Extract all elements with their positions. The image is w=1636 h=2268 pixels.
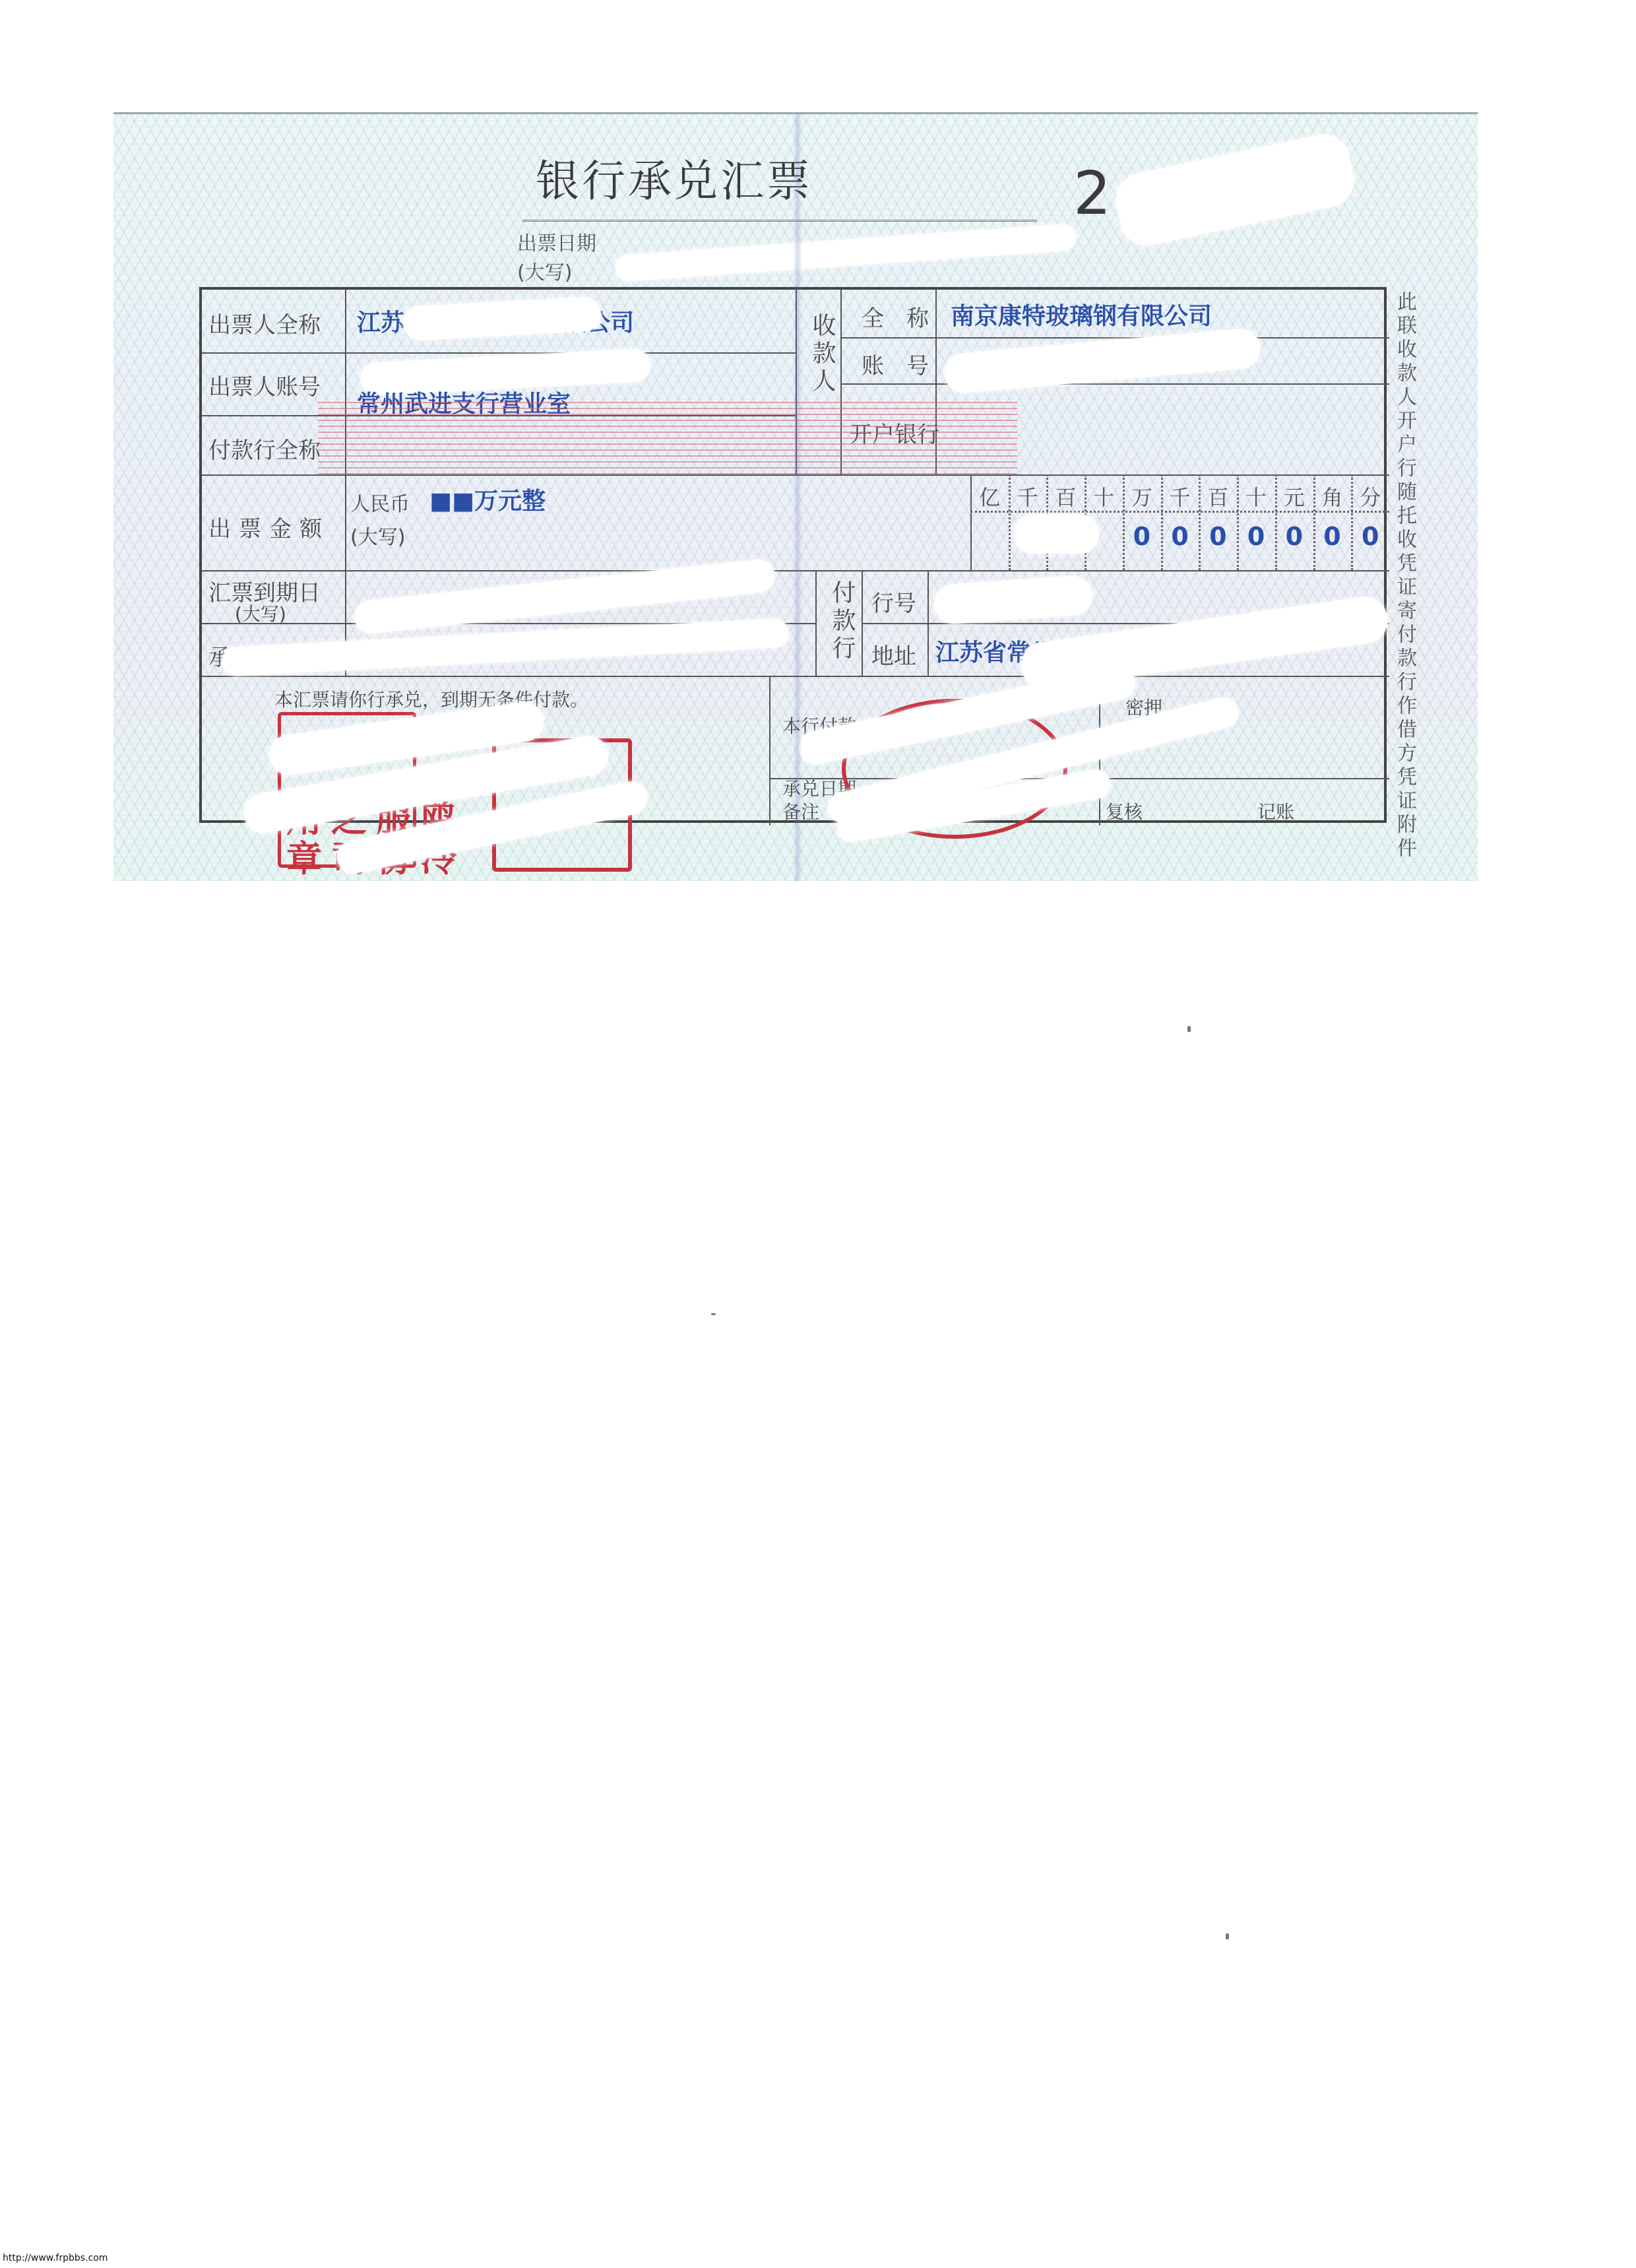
issue-date-sublabel: (大写) <box>517 259 596 288</box>
paying-bank-fullname-label: 付款行全称 <box>208 432 321 465</box>
digit-header: 亿 <box>970 481 1009 511</box>
digit-redaction <box>1013 514 1099 554</box>
scan-speck <box>1226 1933 1229 1939</box>
scan-speck <box>1187 1026 1191 1032</box>
maturity-sublabel: (大写) <box>235 600 286 626</box>
acceptance-statement: 本汇票请你行承兑，到期无条件付款。 <box>274 686 588 712</box>
scan-speck <box>711 1313 716 1315</box>
digit-header: 元 <box>1275 481 1313 511</box>
amount-label: 出票金额 <box>208 511 330 543</box>
digit-value: 0 <box>1199 522 1237 551</box>
drawer-name-label: 出票人全称 <box>208 307 321 339</box>
digit-header: 万 <box>1123 481 1161 511</box>
side-instruction-note: 此联收款人开户行随托收凭证寄付款行作借方凭证附件 <box>1390 291 1419 861</box>
digit-header: 百 <box>1046 481 1085 511</box>
issue-date-redaction <box>614 224 1077 282</box>
issue-date-label: 出票日期 (大写) <box>517 230 596 288</box>
digit-header: 角 <box>1313 481 1352 511</box>
bookkeeping-label: 记账 <box>1257 798 1294 824</box>
digit-divider <box>1275 474 1277 570</box>
digit-value: 0 <box>1237 522 1275 551</box>
digit-value: 0 <box>1275 522 1313 551</box>
amount-security-band <box>318 402 1017 474</box>
draft-form-table: 出票人全称 江苏■■■■■■有限公司 出票人账号 常州武进支行营业室 付款行全称… <box>199 287 1387 823</box>
bank-address-label: 地址 <box>871 638 916 670</box>
agreement-redaction <box>221 618 789 677</box>
payee-name-label: 全 称 <box>862 300 929 333</box>
review-label: 复核 <box>1106 798 1143 824</box>
digit-header: 百 <box>1199 481 1237 511</box>
digit-header: 分 <box>1351 481 1389 511</box>
payee-name-value: 南京康特玻璃钢有限公司 <box>951 298 1212 331</box>
amount-in-words: ■■万元整 <box>429 482 546 516</box>
draft-serial-number: 2 <box>1073 159 1111 228</box>
digit-value: 0 <box>1161 522 1199 551</box>
digit-divider <box>1313 474 1315 570</box>
digit-value: 0 <box>1123 522 1161 551</box>
payee-group-label: 收款人 <box>805 313 839 396</box>
bank-acceptance-draft: 银行承兑汇票 2 出票日期 (大写) 出票人全称 <box>113 112 1478 881</box>
digit-divider <box>1351 474 1353 570</box>
paying-bank-group-label: 付款行 <box>825 580 859 663</box>
digit-header: 千 <box>1161 481 1199 511</box>
drawer-account-label: 出票人账号 <box>208 369 321 401</box>
digit-divider <box>1123 474 1125 570</box>
remark-label: 备注 <box>782 798 819 824</box>
digit-header: 千 <box>1009 481 1047 511</box>
digit-header: 十 <box>1085 481 1123 511</box>
footer-url: http://www.frpbbs.com <box>3 2253 108 2263</box>
currency-label: 人民币 <box>350 488 410 517</box>
currency-sublabel: (大写) <box>350 521 405 550</box>
bank-code-redaction <box>933 575 1094 626</box>
digit-value: 0 <box>1313 522 1352 551</box>
redaction-mark <box>1111 130 1358 250</box>
document-title: 银行承兑汇票 <box>536 146 813 209</box>
digit-value: 0 <box>1351 522 1389 551</box>
digit-divider <box>1161 474 1163 570</box>
payee-account-label: 账 号 <box>862 348 929 380</box>
digit-divider <box>1237 474 1239 570</box>
issue-date-label-text: 出票日期 <box>517 230 596 259</box>
digit-divider <box>1199 474 1201 570</box>
title-underline <box>522 220 1037 222</box>
bank-code-label: 行号 <box>871 585 916 618</box>
digit-header: 十 <box>1237 481 1275 511</box>
digit-divider <box>1009 474 1011 570</box>
